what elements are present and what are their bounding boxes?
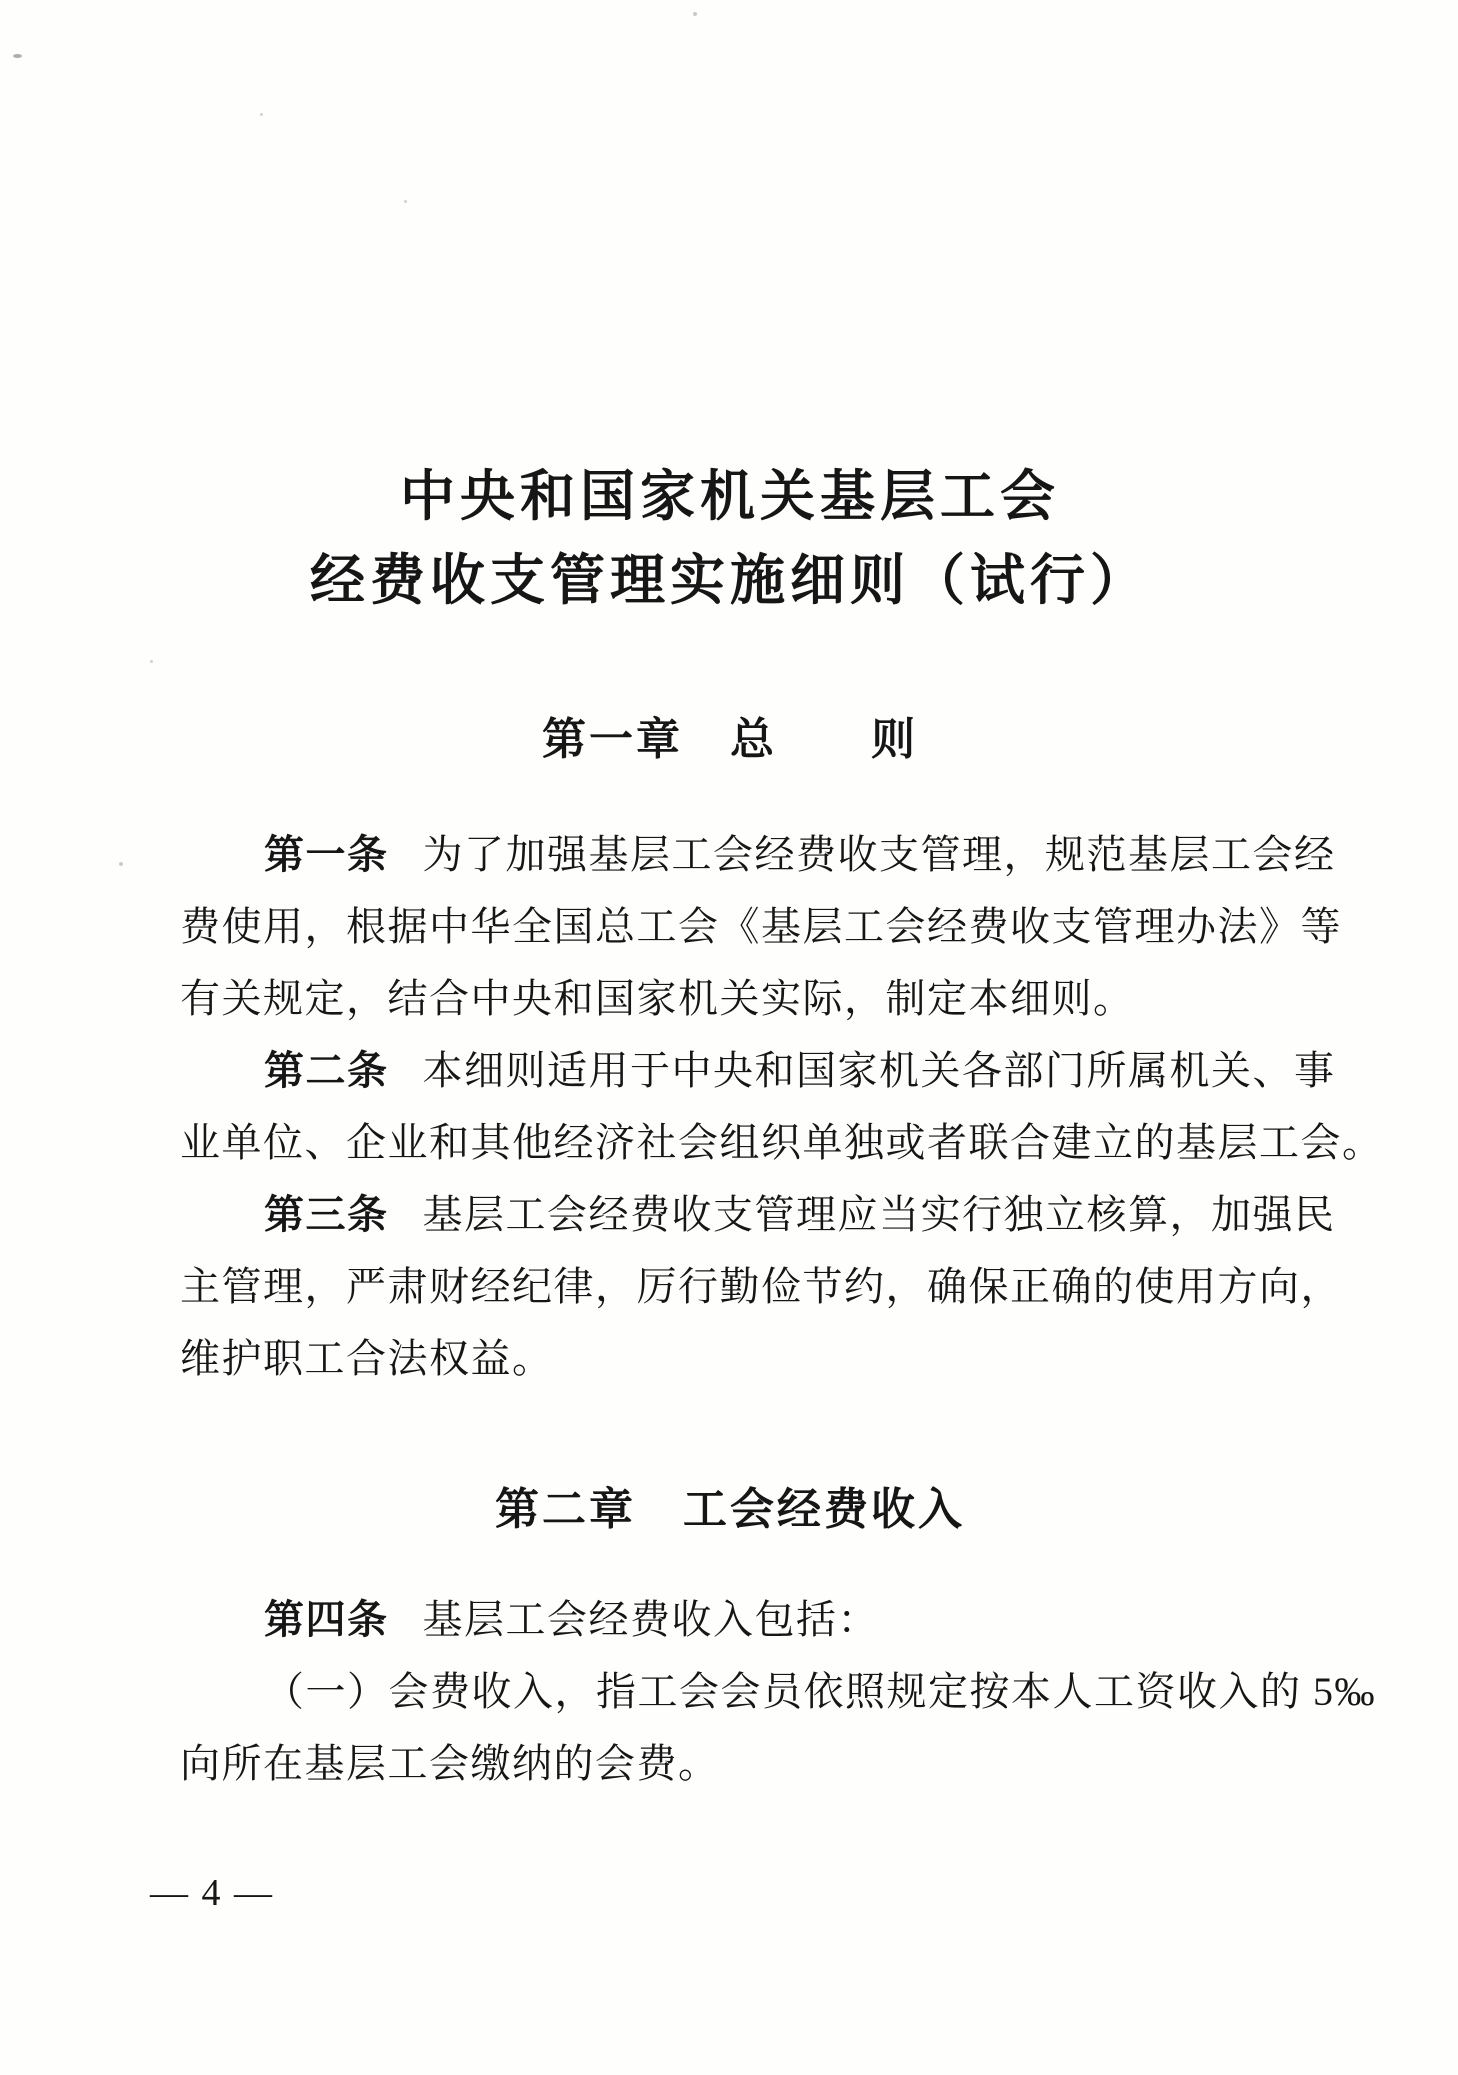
scan-speck bbox=[404, 200, 407, 203]
chapter-2-body: 第四条基层工会经费收入包括： （一）会费收入，指工会会员依照规定按本人工资收入的… bbox=[180, 1584, 1340, 1800]
document-title: 中央和国家机关基层工会 经费收支管理实施细则（试行） bbox=[80, 455, 1380, 623]
article-1-text: 为了加强基层工会经费收支管理，规范基层工会经 bbox=[423, 832, 1336, 877]
article-3-label: 第三条 bbox=[264, 1192, 389, 1237]
article-4-text: 基层工会经费收入包括： bbox=[423, 1597, 880, 1642]
scan-speck bbox=[260, 113, 263, 116]
article-4-label: 第四条 bbox=[264, 1597, 389, 1642]
scan-speck bbox=[13, 54, 22, 58]
article-3-line-1: 第三条基层工会经费收支管理应当实行独立核算，加强民 bbox=[180, 1179, 1340, 1251]
article-1-line-1: 第一条为了加强基层工会经费收支管理，规范基层工会经 bbox=[180, 819, 1340, 891]
article-4-line-1: 第四条基层工会经费收入包括： bbox=[180, 1584, 1340, 1656]
document-title-line-2: 经费收支管理实施细则（试行） bbox=[80, 539, 1380, 623]
article-4-item-1-line-2: 向所在基层工会缴纳的会费。 bbox=[180, 1728, 1340, 1800]
scan-speck bbox=[119, 862, 123, 866]
article-1-line-3: 有关规定，结合中央和国家机关实际，制定本细则。 bbox=[180, 963, 1340, 1035]
article-2-line-2: 业单位、企业和其他经济社会组织单独或者联合建立的基层工会。 bbox=[180, 1107, 1340, 1179]
article-3-line-3: 维护职工合法权益。 bbox=[180, 1323, 1340, 1395]
article-2-text: 本细则适用于中央和国家机关各部门所属机关、事 bbox=[423, 1048, 1336, 1093]
article-2-label: 第二条 bbox=[264, 1048, 389, 1093]
chapter-1-heading: 第一章 总 则 bbox=[80, 704, 1380, 776]
document-title-line-1: 中央和国家机关基层工会 bbox=[80, 455, 1380, 539]
article-3-line-2: 主管理，严肃财经纪律，厉行勤俭节约，确保正确的使用方向， bbox=[180, 1251, 1340, 1323]
scan-speck bbox=[693, 12, 697, 16]
chapter-1-body: 第一条为了加强基层工会经费收支管理，规范基层工会经 费使用，根据中华全国总工会《… bbox=[180, 819, 1340, 1395]
article-2-line-1: 第二条本细则适用于中央和国家机关各部门所属机关、事 bbox=[180, 1035, 1340, 1107]
scan-speck bbox=[150, 660, 153, 663]
article-4-item-1-line-1: （一）会费收入，指工会会员依照规定按本人工资收入的 5‰ bbox=[180, 1656, 1340, 1728]
article-1-line-2: 费使用，根据中华全国总工会《基层工会经费收支管理办法》等 bbox=[180, 891, 1340, 963]
chapter-2-heading: 第二章 工会经费收入 bbox=[80, 1474, 1380, 1546]
page-number: — 4 — bbox=[150, 1869, 274, 1917]
article-1-label: 第一条 bbox=[264, 832, 389, 877]
article-3-text: 基层工会经费收支管理应当实行独立核算，加强民 bbox=[423, 1192, 1336, 1237]
scanned-document-page: 中央和国家机关基层工会 经费收支管理实施细则（试行） 第一章 总 则 第一条为了… bbox=[0, 0, 1458, 2075]
